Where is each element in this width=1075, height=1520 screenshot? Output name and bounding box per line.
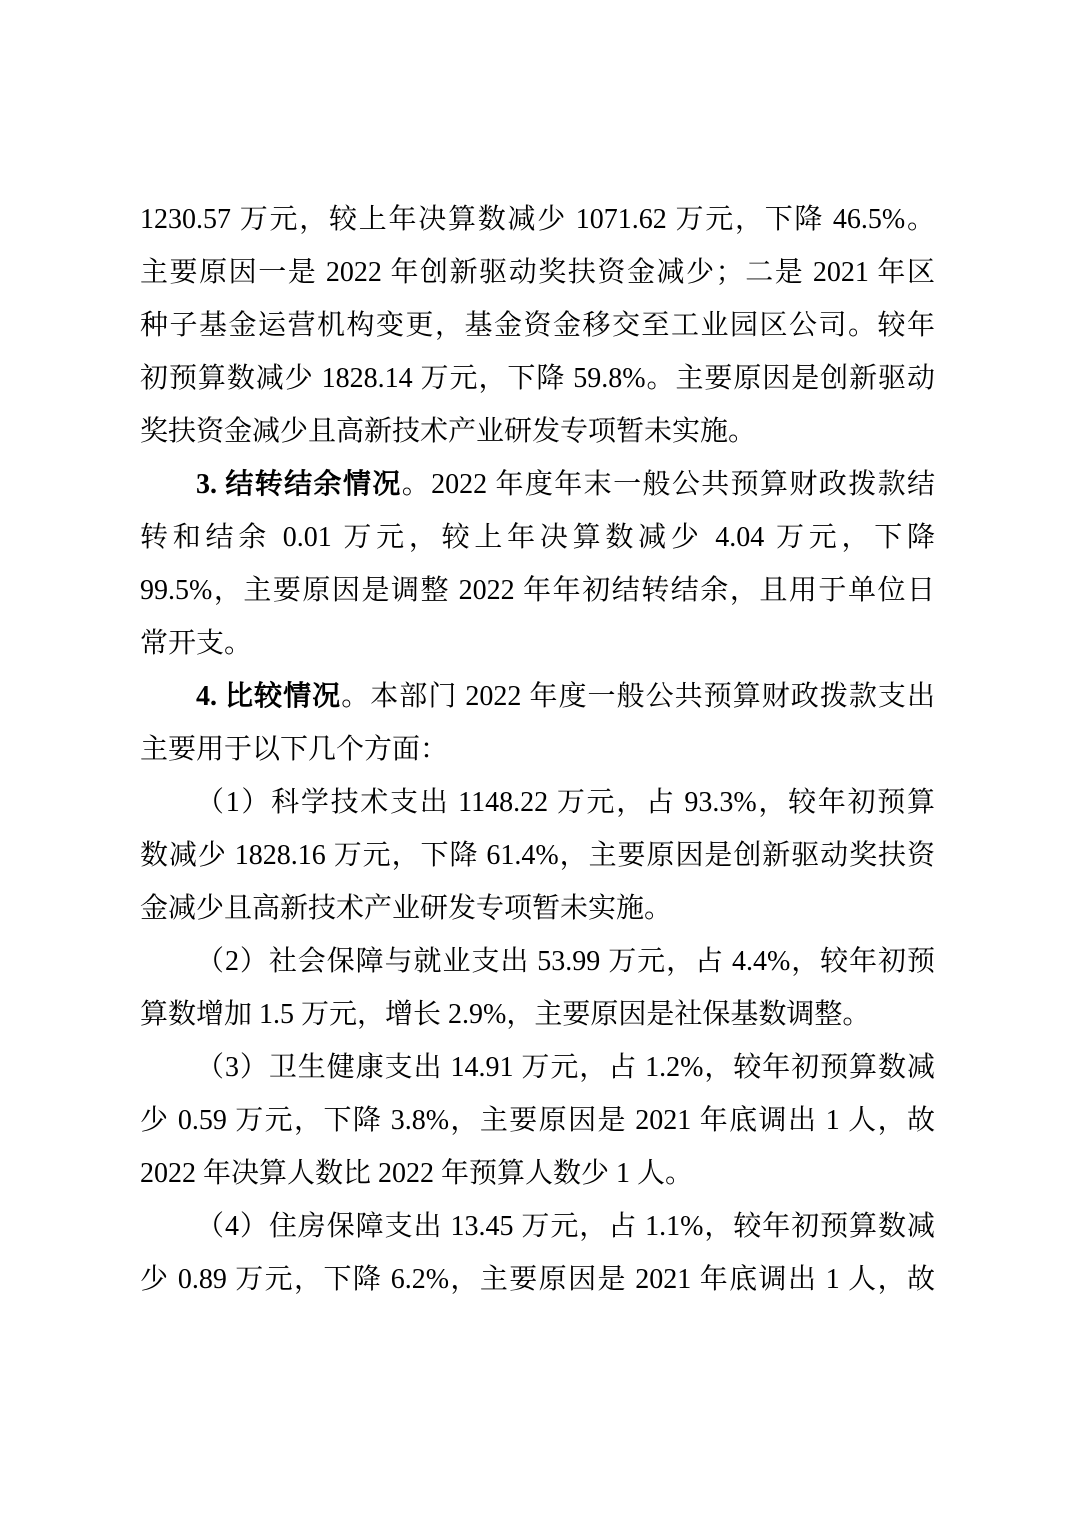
- text-line: 2022 年决算人数比 2022 年预算人数少 1 人。: [140, 1147, 935, 1200]
- text-run: 奖扶资金减少且高新技术产业研发专项暂未实施。: [140, 416, 756, 447]
- document-content: 1230.57 万元，较上年决算数减少 1071.62 万元，下降 46.5%。…: [140, 193, 935, 1306]
- text-run: 2022 年决算人数比 2022 年预算人数少 1 人。: [140, 1158, 693, 1189]
- text-line: 99.5%，主要原因是调整 2022 年年初结转结余，且用于单位日: [140, 564, 935, 617]
- text-line: 转和结余 0.01 万元，较上年决算数减少 4.04 万元，下降: [140, 511, 935, 564]
- text-line: （2）社会保障与就业支出 53.99 万元，占 4.4%，较年初预: [140, 935, 935, 988]
- text-run: 算数增加 1.5 万元，增长 2.9%，主要原因是社保基数调整。: [140, 999, 870, 1030]
- text-run: 主要用于以下几个方面：: [140, 734, 448, 765]
- text-run: 少 0.59 万元，下降 3.8%，主要原因是 2021 年底调出 1 人，故: [140, 1105, 935, 1136]
- text-run: 1230.57 万元，较上年决算数减少 1071.62 万元，下降 46.5%。: [140, 204, 935, 235]
- section-heading: 3. 结转结余情况: [196, 469, 402, 500]
- text-line: 种子基金运营机构变更，基金资金移交至工业园区公司。较年: [140, 299, 935, 352]
- text-run: 数减少 1828.16 万元，下降 61.4%，主要原因是创新驱动奖扶资: [140, 840, 935, 871]
- text-line: （3）卫生健康支出 14.91 万元，占 1.2%，较年初预算数减: [140, 1041, 935, 1094]
- text-run: （4）住房保障支出 13.45 万元，占 1.1%，较年初预算数减: [196, 1211, 935, 1242]
- text-line: 初预算数减少 1828.14 万元，下降 59.8%。主要原因是创新驱动: [140, 352, 935, 405]
- text-line: 少 0.59 万元，下降 3.8%，主要原因是 2021 年底调出 1 人，故: [140, 1094, 935, 1147]
- paragraph: 4. 比较情况。本部门 2022 年度一般公共预算财政拨款支出主要用于以下几个方…: [140, 670, 935, 776]
- text-run: （1）科学技术支出 1148.22 万元，占 93.3%，较年初预算: [196, 787, 935, 818]
- text-run: 初预算数减少 1828.14 万元，下降 59.8%。主要原因是创新驱动: [140, 363, 935, 394]
- text-line: 1230.57 万元，较上年决算数减少 1071.62 万元，下降 46.5%。: [140, 193, 935, 246]
- text-run: 主要原因一是 2022 年创新驱动奖扶资金减少；二是 2021 年区: [140, 257, 935, 288]
- text-line: 常开支。: [140, 617, 935, 670]
- paragraph: 1230.57 万元，较上年决算数减少 1071.62 万元，下降 46.5%。…: [140, 193, 935, 458]
- text-run: （3）卫生健康支出 14.91 万元，占 1.2%，较年初预算数减: [196, 1052, 935, 1083]
- paragraph: 3. 结转结余情况。2022 年度年末一般公共预算财政拨款结转和结余 0.01 …: [140, 458, 935, 670]
- paragraph: （2）社会保障与就业支出 53.99 万元，占 4.4%，较年初预算数增加 1.…: [140, 935, 935, 1041]
- text-run: 转和结余 0.01 万元，较上年决算数减少 4.04 万元，下降: [140, 522, 935, 553]
- text-line: 3. 结转结余情况。2022 年度年末一般公共预算财政拨款结: [140, 458, 935, 511]
- text-run: 金减少且高新技术产业研发专项暂未实施。: [140, 893, 672, 924]
- section-heading: 4. 比较情况: [196, 681, 341, 712]
- paragraph: （4）住房保障支出 13.45 万元，占 1.1%，较年初预算数减少 0.89 …: [140, 1200, 935, 1306]
- text-run: 。本部门 2022 年度一般公共预算财政拨款支出: [341, 681, 935, 712]
- text-line: （4）住房保障支出 13.45 万元，占 1.1%，较年初预算数减: [140, 1200, 935, 1253]
- paragraph: （3）卫生健康支出 14.91 万元，占 1.2%，较年初预算数减少 0.59 …: [140, 1041, 935, 1200]
- text-run: 常开支。: [140, 628, 252, 659]
- paragraph: （1）科学技术支出 1148.22 万元，占 93.3%，较年初预算数减少 18…: [140, 776, 935, 935]
- text-line: 奖扶资金减少且高新技术产业研发专项暂未实施。: [140, 405, 935, 458]
- text-run: （2）社会保障与就业支出 53.99 万元，占 4.4%，较年初预: [196, 946, 935, 977]
- text-line: 金减少且高新技术产业研发专项暂未实施。: [140, 882, 935, 935]
- text-line: 主要原因一是 2022 年创新驱动奖扶资金减少；二是 2021 年区: [140, 246, 935, 299]
- text-line: 4. 比较情况。本部门 2022 年度一般公共预算财政拨款支出: [140, 670, 935, 723]
- text-line: （1）科学技术支出 1148.22 万元，占 93.3%，较年初预算: [140, 776, 935, 829]
- text-run: 。2022 年度年末一般公共预算财政拨款结: [402, 469, 935, 500]
- text-line: 主要用于以下几个方面：: [140, 723, 935, 776]
- document-page: 1230.57 万元，较上年决算数减少 1071.62 万元，下降 46.5%。…: [0, 0, 1075, 1520]
- text-run: 少 0.89 万元，下降 6.2%，主要原因是 2021 年底调出 1 人，故: [140, 1264, 935, 1295]
- text-line: 数减少 1828.16 万元，下降 61.4%，主要原因是创新驱动奖扶资: [140, 829, 935, 882]
- text-line: 少 0.89 万元，下降 6.2%，主要原因是 2021 年底调出 1 人，故: [140, 1253, 935, 1306]
- text-line: 算数增加 1.5 万元，增长 2.9%，主要原因是社保基数调整。: [140, 988, 935, 1041]
- text-run: 99.5%，主要原因是调整 2022 年年初结转结余，且用于单位日: [140, 575, 935, 606]
- text-run: 种子基金运营机构变更，基金资金移交至工业园区公司。较年: [140, 310, 935, 341]
